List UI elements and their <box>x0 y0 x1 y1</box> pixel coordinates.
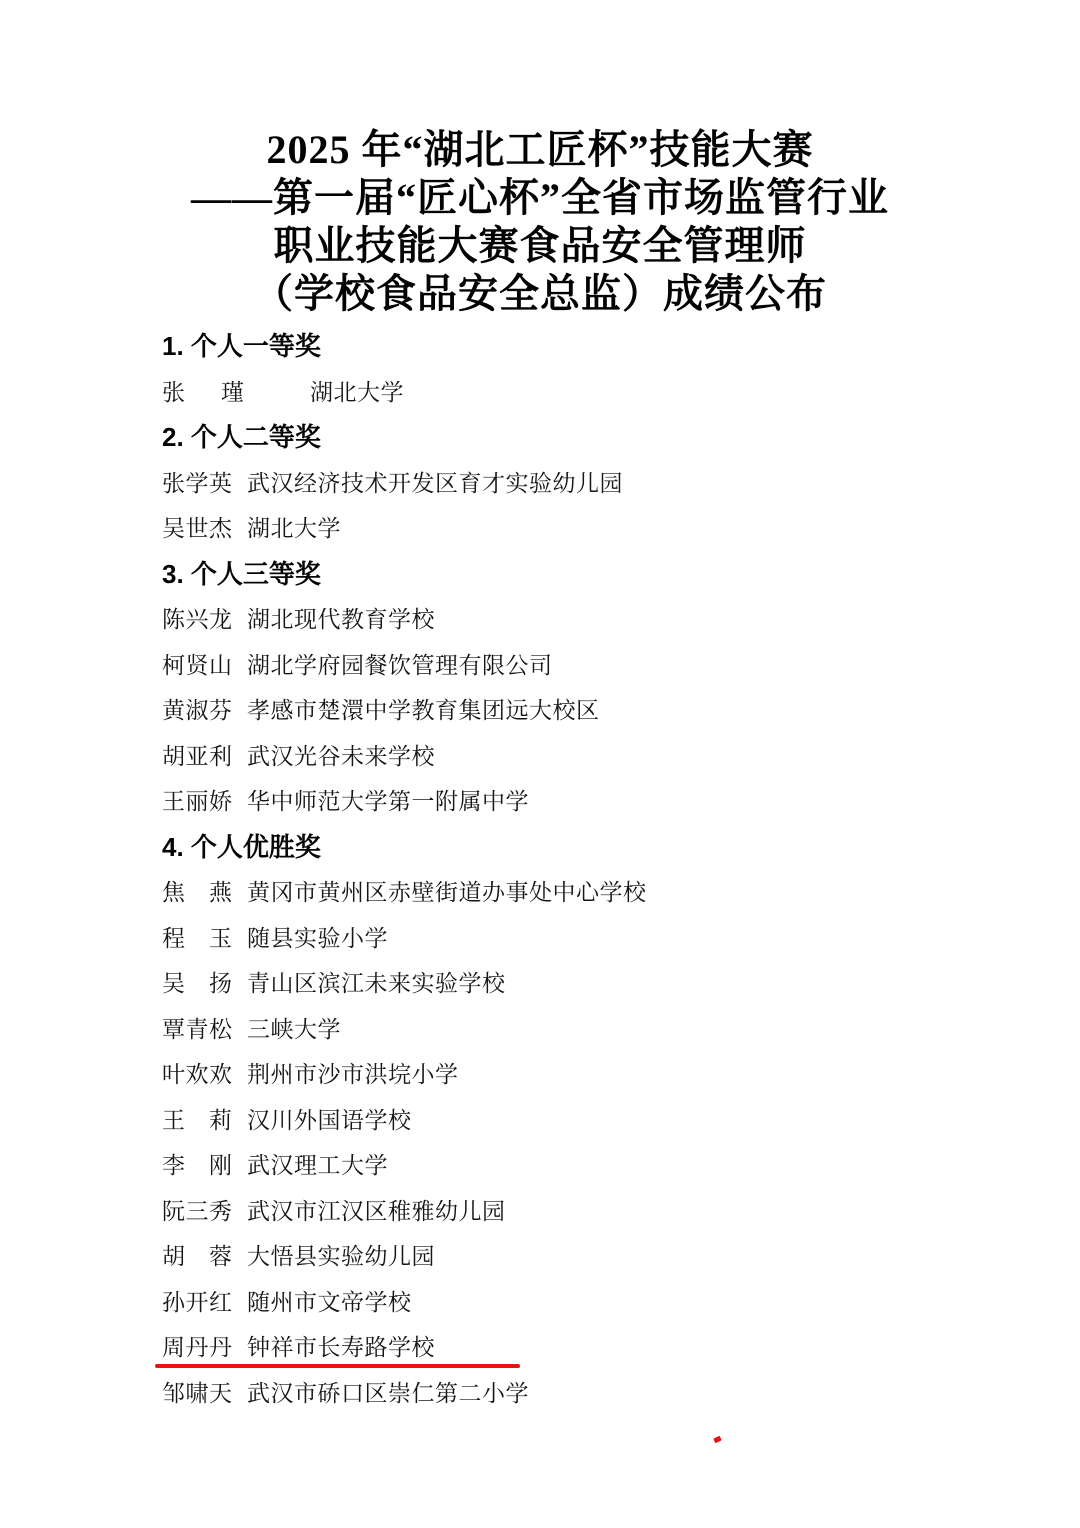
stray-red-mark <box>713 1436 721 1443</box>
winner-name: 孙开红 <box>162 1284 232 1317</box>
winner-name: 张学英 <box>162 465 232 498</box>
result-row: 胡亚利 武汉光谷未来学校 <box>162 732 1020 778</box>
results-list: 1. 个人一等奖 张 瑾 湖北大学 2. 个人二等奖 张学英 武汉经济技术开发区… <box>0 322 1080 1414</box>
result-row: 叶欢欢 荆州市沙市洪垸小学 <box>162 1050 1020 1096</box>
winner-organization: 随县实验小学 <box>247 920 388 953</box>
title-line-1: 2025 年“湖北工匠杯”技能大赛 <box>0 126 1080 174</box>
winner-organization: 湖北现代教育学校 <box>247 601 435 634</box>
winner-name: 覃青松 <box>162 1011 232 1044</box>
winner-name: 阮三秀 <box>162 1193 232 1226</box>
winner-name: 程 玉 <box>162 920 232 953</box>
winner-organization: 湖北大学 <box>247 510 341 543</box>
result-row: 黄淑芬 孝感市楚澴中学教育集团远大校区 <box>162 686 1020 732</box>
result-row: 吴世杰 湖北大学 <box>162 504 1020 550</box>
winner-organization: 大悟县实验幼儿园 <box>247 1238 435 1271</box>
winner-organization: 华中师范大学第一附属中学 <box>247 783 529 816</box>
winner-organization: 荆州市沙市洪垸小学 <box>247 1056 459 1089</box>
winner-name: 胡亚利 <box>162 738 232 771</box>
winner-organization: 湖北学府园餐饮管理有限公司 <box>247 647 553 680</box>
winner-organization: 孝感市楚澴中学教育集团远大校区 <box>247 692 600 725</box>
winner-organization: 武汉经济技术开发区育才实验幼儿园 <box>247 465 623 498</box>
result-row: 王 莉 汉川外国语学校 <box>162 1096 1020 1142</box>
document-title: 2025 年“湖北工匠杯”技能大赛 ——第一届“匠心杯”全省市场监管行业 职业技… <box>0 126 1080 318</box>
winner-organization: 钟祥市长寿路学校 <box>247 1329 435 1362</box>
result-row: 吴 扬 青山区滨江未来实验学校 <box>162 959 1020 1005</box>
result-row: 阮三秀 武汉市江汉区稚雅幼儿园 <box>162 1187 1020 1233</box>
winner-organization: 武汉光谷未来学校 <box>247 738 435 771</box>
result-row: 焦 燕 黄冈市黄州区赤壁街道办事处中心学校 <box>162 868 1020 914</box>
document-page: 2025 年“湖北工匠杯”技能大赛 ——第一届“匠心杯”全省市场监管行业 职业技… <box>0 0 1080 1528</box>
title-line-2: ——第一届“匠心杯”全省市场监管行业 <box>0 174 1080 222</box>
title-line-3: 职业技能大赛食品安全管理师 <box>0 222 1080 270</box>
winner-organization: 黄冈市黄州区赤壁街道办事处中心学校 <box>247 874 647 907</box>
result-row: 张 瑾 湖北大学 <box>162 368 1020 414</box>
result-row-highlighted: 周丹丹 钟祥市长寿路学校 <box>162 1323 1020 1369</box>
winner-name: 焦 燕 <box>162 874 232 907</box>
result-row: 孙开红 随州市文帝学校 <box>162 1278 1020 1324</box>
result-row: 覃青松 三峡大学 <box>162 1005 1020 1051</box>
winner-organization: 青山区滨江未来实验学校 <box>247 965 506 998</box>
winner-name: 胡 蓉 <box>162 1238 232 1271</box>
section-heading-third-prize: 3. 个人三等奖 <box>162 550 1020 596</box>
winner-name: 柯贤山 <box>162 647 232 680</box>
winner-organization: 湖北大学 <box>310 374 404 407</box>
winner-name: 陈兴龙 <box>162 601 232 634</box>
winner-name: 张 瑾 <box>162 374 244 407</box>
winner-organization: 随州市文帝学校 <box>247 1284 412 1317</box>
winner-name: 吴 扬 <box>162 965 232 998</box>
winner-name: 吴世杰 <box>162 510 232 543</box>
winner-organization: 武汉市硚口区崇仁第二小学 <box>247 1375 529 1408</box>
result-row: 程 玉 随县实验小学 <box>162 914 1020 960</box>
result-row: 陈兴龙 湖北现代教育学校 <box>162 595 1020 641</box>
winner-organization: 武汉市江汉区稚雅幼儿园 <box>247 1193 506 1226</box>
result-row: 王丽娇 华中师范大学第一附属中学 <box>162 777 1020 823</box>
result-row: 柯贤山 湖北学府园餐饮管理有限公司 <box>162 641 1020 687</box>
winner-name: 黄淑芬 <box>162 692 232 725</box>
result-row: 张学英 武汉经济技术开发区育才实验幼儿园 <box>162 459 1020 505</box>
winner-name: 李 刚 <box>162 1147 232 1180</box>
result-row: 邹啸天 武汉市硚口区崇仁第二小学 <box>162 1369 1020 1415</box>
winner-name: 王丽娇 <box>162 783 232 816</box>
winner-name: 邹啸天 <box>162 1375 232 1408</box>
title-line-4: （学校食品安全总监）成绩公布 <box>0 270 1080 318</box>
winner-name: 叶欢欢 <box>162 1056 232 1089</box>
winner-name: 王 莉 <box>162 1102 232 1135</box>
section-heading-merit-prize: 4. 个人优胜奖 <box>162 823 1020 869</box>
winner-name: 周丹丹 <box>162 1329 232 1362</box>
section-heading-first-prize: 1. 个人一等奖 <box>162 322 1020 368</box>
result-row: 李 刚 武汉理工大学 <box>162 1141 1020 1187</box>
section-heading-second-prize: 2. 个人二等奖 <box>162 413 1020 459</box>
winner-organization: 武汉理工大学 <box>247 1147 388 1180</box>
winner-organization: 汉川外国语学校 <box>247 1102 412 1135</box>
winner-organization: 三峡大学 <box>247 1011 341 1044</box>
red-underline-annotation <box>155 1364 520 1368</box>
result-row: 胡 蓉 大悟县实验幼儿园 <box>162 1232 1020 1278</box>
